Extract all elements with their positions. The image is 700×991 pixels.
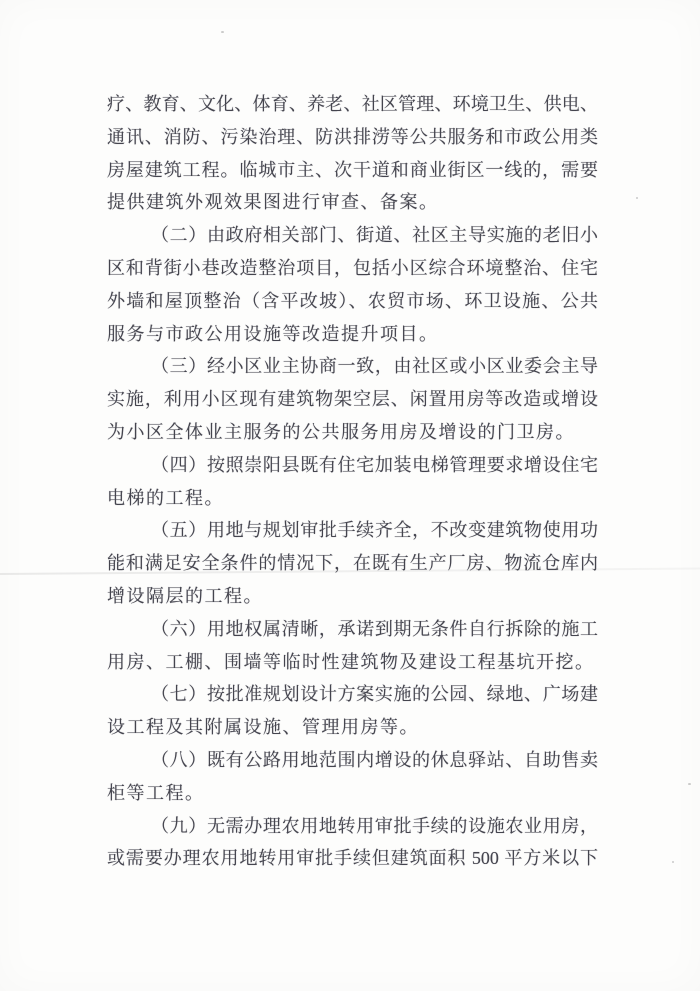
text-line: （九）无需办理农用地转用审批手续的设施农业用房， [107, 810, 598, 843]
text-line: （五）用地与规划审批手续齐全，不改变建筑物使用功 [107, 514, 598, 547]
text-line: 区和背街小巷改造整治项目，包括小区综合环境整治、住宅 [107, 252, 598, 285]
paragraph-item-8: （八）既有公路用地范围内增设的休息驿站、自助售卖 柜等工程。 [107, 744, 598, 810]
text-line: 用房、工棚、围墙等临时性建筑物及建设工程基坑开挖。 [107, 646, 598, 679]
text-line: 通讯、消防、污染治理、防洪排涝等公共服务和市政公用类 [107, 121, 598, 154]
paragraph-item-4: （四）按照崇阳县既有住宅加装电梯管理要求增设住宅 电梯的工程。 [107, 449, 598, 515]
text-line: （二）由政府相关部门、街道、社区主导实施的老旧小 [107, 219, 598, 252]
paragraph-item-7: （七）按批准规划设计方案实施的公园、绿地、广场建 设工程及其附属设施、管理用房等… [107, 678, 598, 744]
text-line: 能和满足安全条件的情况下，在既有生产厂房、物流仓库内 [107, 547, 598, 580]
scan-speck [221, 31, 224, 33]
text-line: （七）按批准规划设计方案实施的公园、绿地、广场建 [107, 678, 598, 711]
paragraph-item-6: （六）用地权属清晰，承诺到期无条件自行拆除的施工 用房、工棚、围墙等临时性建筑物… [107, 613, 598, 679]
text-line: （八）既有公路用地范围内增设的休息驿站、自助售卖 [107, 744, 598, 777]
text-line: 增设隔层的工程。 [107, 580, 598, 613]
text-line: 提供建筑外观效果图进行审查、备案。 [107, 186, 598, 219]
text-line: 柜等工程。 [107, 777, 598, 810]
scan-speck [672, 861, 674, 863]
text-line: 实施，利用小区现有建筑物架空层、闲置用房等改造或增设 [107, 383, 598, 416]
text-line: （四）按照崇阳县既有住宅加装电梯管理要求增设住宅 [107, 449, 598, 482]
text-line: 疗、教育、文化、体育、养老、社区管理、环境卫生、供电、 [107, 88, 598, 121]
text-line: 房屋建筑工程。临城市主、次干道和商业街区一线的，需要 [107, 154, 598, 187]
text-line: 为小区全体业主服务的公共服务用房及增设的门卫房。 [107, 416, 598, 449]
document-text-block: 疗、教育、文化、体育、养老、社区管理、环境卫生、供电、 通讯、消防、污染治理、防… [107, 88, 598, 875]
paragraph-item-9: （九）无需办理农用地转用审批手续的设施农业用房， 或需要办理农用地转用审批手续但… [107, 810, 598, 876]
document-page: 疗、教育、文化、体育、养老、社区管理、环境卫生、供电、 通讯、消防、污染治理、防… [0, 0, 700, 991]
text-line: 服务与市政公用设施等改造提升项目。 [107, 318, 598, 351]
text-line: （六）用地权属清晰，承诺到期无条件自行拆除的施工 [107, 613, 598, 646]
text-line: 或需要办理农用地转用审批手续但建筑面积 500 平方米以下 [107, 842, 598, 875]
text-line: （三）经小区业主协商一致，由社区或小区业委会主导 [107, 350, 598, 383]
scan-speck [688, 783, 691, 785]
text-line: 外墙和屋顶整治（含平改坡）、农贸市场、环卫设施、公共 [107, 285, 598, 318]
paragraph-item-2: （二）由政府相关部门、街道、社区主导实施的老旧小 区和背街小巷改造整治项目，包括… [107, 219, 598, 350]
scan-speck [636, 197, 638, 199]
text-line: 设工程及其附属设施、管理用房等。 [107, 711, 598, 744]
text-line: 电梯的工程。 [107, 482, 598, 515]
paragraph-item-3: （三）经小区业主协商一致，由社区或小区业委会主导 实施，利用小区现有建筑物架空层… [107, 350, 598, 448]
paragraph-continuation: 疗、教育、文化、体育、养老、社区管理、环境卫生、供电、 通讯、消防、污染治理、防… [107, 88, 598, 219]
paragraph-item-5: （五）用地与规划审批手续齐全，不改变建筑物使用功 能和满足安全条件的情况下，在既… [107, 514, 598, 612]
